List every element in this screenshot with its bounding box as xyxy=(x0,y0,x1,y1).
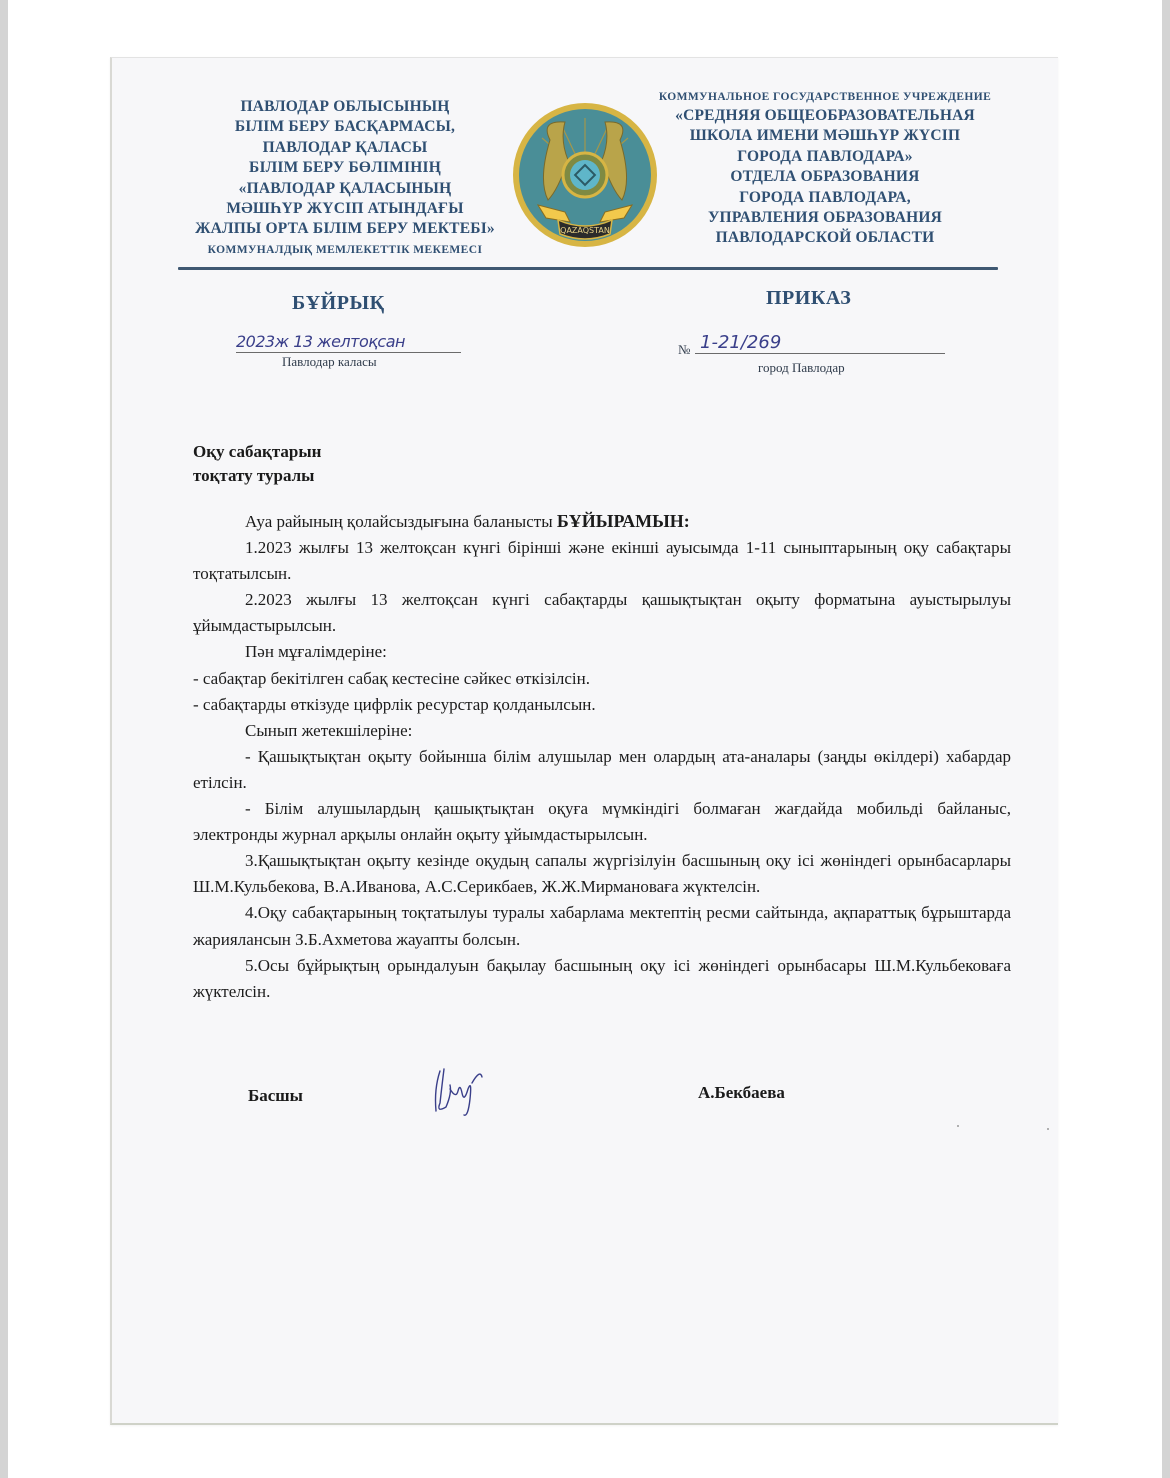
paragraph: 4.Оқу сабақтарының тоқтатылуы туралы хаб… xyxy=(193,900,1011,952)
paragraph: - Білім алушылардың қашықтықтан оқуға мү… xyxy=(193,796,1011,848)
paragraph: 3.Қашықтықтан оқыту кезінде оқудың сапал… xyxy=(193,848,1011,900)
scan-speck xyxy=(1047,1128,1049,1130)
header-ru-line: ГОРОДА ПАВЛОДАРА, xyxy=(640,188,1010,208)
header-russian: КОММУНАЛЬНОЕ ГОСУДАРСТВЕННОЕ УЧРЕЖДЕНИЕ … xyxy=(640,88,1010,249)
paragraph: - сабақтарды өткізуде цифрлік ресурстар … xyxy=(193,692,1011,718)
header-kz-subtitle: КОММУНАЛДЫҚ МЕМЛЕКЕТТІК МЕКЕМЕСІ xyxy=(180,240,510,260)
header-divider xyxy=(178,267,998,270)
header-ru-line: УПРАВЛЕНИЯ ОБРАЗОВАНИЯ xyxy=(640,208,1010,228)
signatory-name: А.Бекбаева xyxy=(698,1083,785,1103)
paragraph: Пән мұғалімдеріне: xyxy=(193,639,1011,665)
paragraph: - Қашықтықтан оқыту бойынша білім алушыл… xyxy=(193,744,1011,796)
signatory-role: Басшы xyxy=(248,1086,303,1106)
header-kazakh: ПАВЛОДАР ОБЛЫСЫНЫҢ БІЛІМ БЕРУ БАСҚАРМАСЫ… xyxy=(180,97,510,260)
paragraph: 5.Осы бұйрықтың орындалуын бақылау басшы… xyxy=(193,953,1011,1005)
scan-speck xyxy=(957,1125,959,1127)
header-ru-subtitle: КОММУНАЛЬНОЕ ГОСУДАРСТВЕННОЕ УЧРЕЖДЕНИЕ xyxy=(640,88,1010,106)
header-kz-line: ПАВЛОДАР ҚАЛАСЫ xyxy=(180,138,510,158)
handwritten-number: 1-21/269 xyxy=(700,332,781,353)
kazakhstan-emblem-icon: QAZAQSTAN xyxy=(510,100,660,250)
header-kz-line: БІЛІМ БЕРУ БӨЛІМІНІҢ xyxy=(180,158,510,178)
number-underline xyxy=(695,353,945,354)
preamble: Ауа райының қолайсыздығына баланысты БҰЙ… xyxy=(193,508,1011,535)
subject-line: Оқу сабақтарын xyxy=(193,440,321,464)
handwritten-signature-icon xyxy=(428,1063,498,1119)
header-ru-line: ШКОЛА ИМЕНИ МӘШҺҮР ЖҮСІП xyxy=(640,126,1010,146)
viewer-right-edge xyxy=(1162,0,1170,1478)
header-ru-line: ПАВЛОДАРСКОЙ ОБЛАСТИ xyxy=(640,228,1010,248)
header-kz-line: «ПАВЛОДАР ҚАЛАСЫНЫҢ xyxy=(180,179,510,199)
handwritten-date: 2023ж 13 желтоқсан xyxy=(236,332,461,353)
header-kz-line: ЖАЛПЫ ОРТА БІЛІМ БЕРУ МЕКТЕБІ» xyxy=(172,219,518,239)
number-label: № xyxy=(678,342,690,358)
header-ru-line: ОТДЕЛА ОБРАЗОВАНИЯ xyxy=(640,167,1010,187)
place-kz: Павлодар каласы xyxy=(282,354,377,370)
viewer-left-edge xyxy=(0,0,8,1478)
paragraph: 1.2023 жылғы 13 желтоқсан күнгі бірінші … xyxy=(193,535,1011,587)
subject-line: тоқтату туралы xyxy=(193,464,321,488)
header-kz-line: ПАВЛОДАР ОБЛЫСЫНЫҢ xyxy=(180,97,510,117)
order-title-kz: БҰЙРЫҚ xyxy=(292,292,385,315)
paragraph: Сынып жетекшілеріне: xyxy=(193,718,1011,744)
header-kz-line: МӘШҺҮР ЖҮСІП АТЫНДАҒЫ xyxy=(180,199,510,219)
preamble-bold: БҰЙЫРАМЫН: xyxy=(557,511,690,531)
place-ru: город Павлодар xyxy=(758,360,845,376)
order-body: Ауа райының қолайсыздығына баланысты БҰЙ… xyxy=(193,508,1011,1005)
order-subject: Оқу сабақтарын тоқтату туралы xyxy=(193,440,321,488)
paragraph: 2.2023 жылғы 13 желтоқсан күнгі сабақтар… xyxy=(193,587,1011,639)
header-ru-line: ГОРОДА ПАВЛОДАРА» xyxy=(640,147,1010,167)
svg-text:QAZAQSTAN: QAZAQSTAN xyxy=(560,226,610,235)
paragraph: - сабақтар бекітілген сабақ кестесіне сә… xyxy=(193,666,1011,692)
preamble-text: Ауа райының қолайсыздығына баланысты xyxy=(245,512,557,531)
header-ru-line: «СРЕДНЯЯ ОБЩЕОБРАЗОВАТЕЛЬНАЯ xyxy=(640,106,1010,126)
header-kz-line: БІЛІМ БЕРУ БАСҚАРМАСЫ, xyxy=(180,117,510,137)
order-title-ru: ПРИКАЗ xyxy=(766,287,851,310)
